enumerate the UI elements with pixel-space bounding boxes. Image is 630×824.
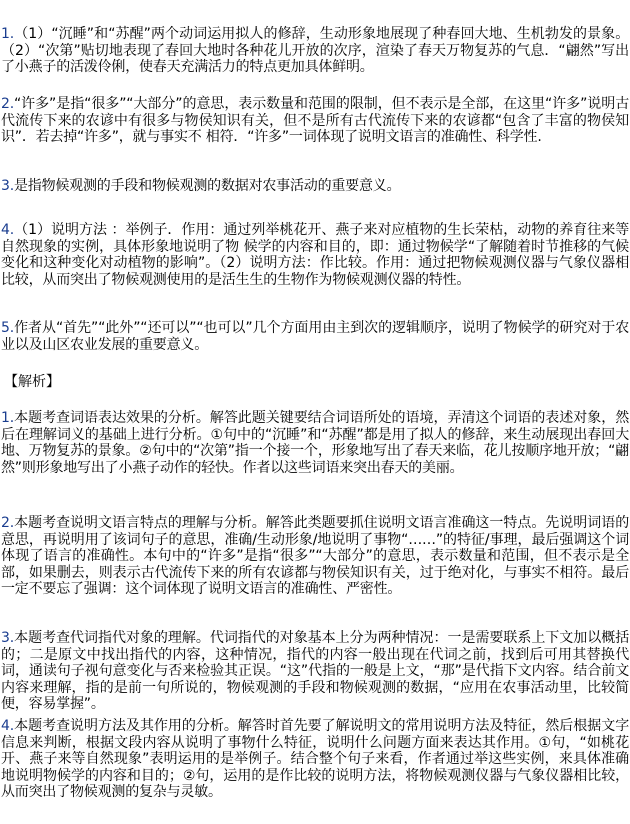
answer-4: 4.（1）说明方法 ：举例子．作用：通过列举桃花开、燕子来对应植物的生长荣枯，动… <box>1 222 629 288</box>
answer-number: 4. <box>1 222 14 238</box>
analysis-number: 1. <box>1 410 14 426</box>
answer-text: 作者从“首先”“此外”“还可以”“也可以”几个方面用由主到次的逻辑顺序，说明了物… <box>1 320 629 353</box>
answer-text: （1）“沉睡”和“苏醒”两个动词运用拟人的修辞，生动形象地展现了种春回大地、生机… <box>1 26 629 75</box>
analysis-text: 本题考查说明文语言特点的理解与分析。解答此类题要抓住说明文语言准确这一特点。先说… <box>1 515 629 597</box>
answer-text: 是指物候观测的手段和物候观测的数据对农事活动的重要意义。 <box>14 178 400 194</box>
answer-text: （1）说明方法 ：举例子．作用：通过列举桃花开、燕子来对应植物的生长荣枯，动物的… <box>1 222 629 288</box>
answer-1: 1.（1）“沉睡”和“苏醒”两个动词运用拟人的修辞，生动形象地展现了种春回大地、… <box>1 26 629 76</box>
answer-number: 5. <box>1 320 14 336</box>
analysis-number: 3. <box>1 630 14 646</box>
analysis-4: 4.本题考查说明方法及其作用的分析。解答时首先要了解说明文的常用说明方法及特征，… <box>1 718 629 801</box>
answer-text: “许多”是指“很多”“大部分”的意思，表示数量和范围的限制，但不表示是全部，在这… <box>1 96 629 145</box>
answer-number: 3. <box>1 178 14 194</box>
analysis-3: 3.本题考查代词指代对象的理解。代词指代的对象基本上分为两种情况：一是需要联系上… <box>1 630 629 713</box>
analysis-text: 本题考查代词指代对象的理解。代词指代的对象基本上分为两种情况：一是需要联系上下文… <box>1 630 629 712</box>
analysis-text: 本题考查说明方法及其作用的分析。解答时首先要了解说明文的常用说明方法及特征，然后… <box>1 718 629 800</box>
answer-2: 2.“许多”是指“很多”“大部分”的意思，表示数量和范围的限制，但不表示是全部，… <box>1 96 629 146</box>
analysis-2: 2.本题考查说明文语言特点的理解与分析。解答此类题要抓住说明文语言准确这一特点。… <box>1 515 629 598</box>
answer-number: 2. <box>1 96 14 112</box>
analysis-number: 4. <box>1 718 14 734</box>
analysis-text: 本题考查词语表达效果的分析。解答此题关键要结合词语所处的语境，弄清这个词语的表述… <box>1 410 629 476</box>
answer-3: 3.是指物候观测的手段和物候观测的数据对农事活动的重要意义。 <box>1 178 629 195</box>
analysis-number: 2. <box>1 515 14 531</box>
answer-5: 5.作者从“首先”“此外”“还可以”“也可以”几个方面用由主到次的逻辑顺序，说明… <box>1 320 629 353</box>
analysis-heading: 【解析】 <box>4 374 60 391</box>
analysis-1: 1.本题考查词语表达效果的分析。解答此题关键要结合词语所处的语境，弄清这个词语的… <box>1 410 629 476</box>
answer-number: 1. <box>1 26 14 42</box>
